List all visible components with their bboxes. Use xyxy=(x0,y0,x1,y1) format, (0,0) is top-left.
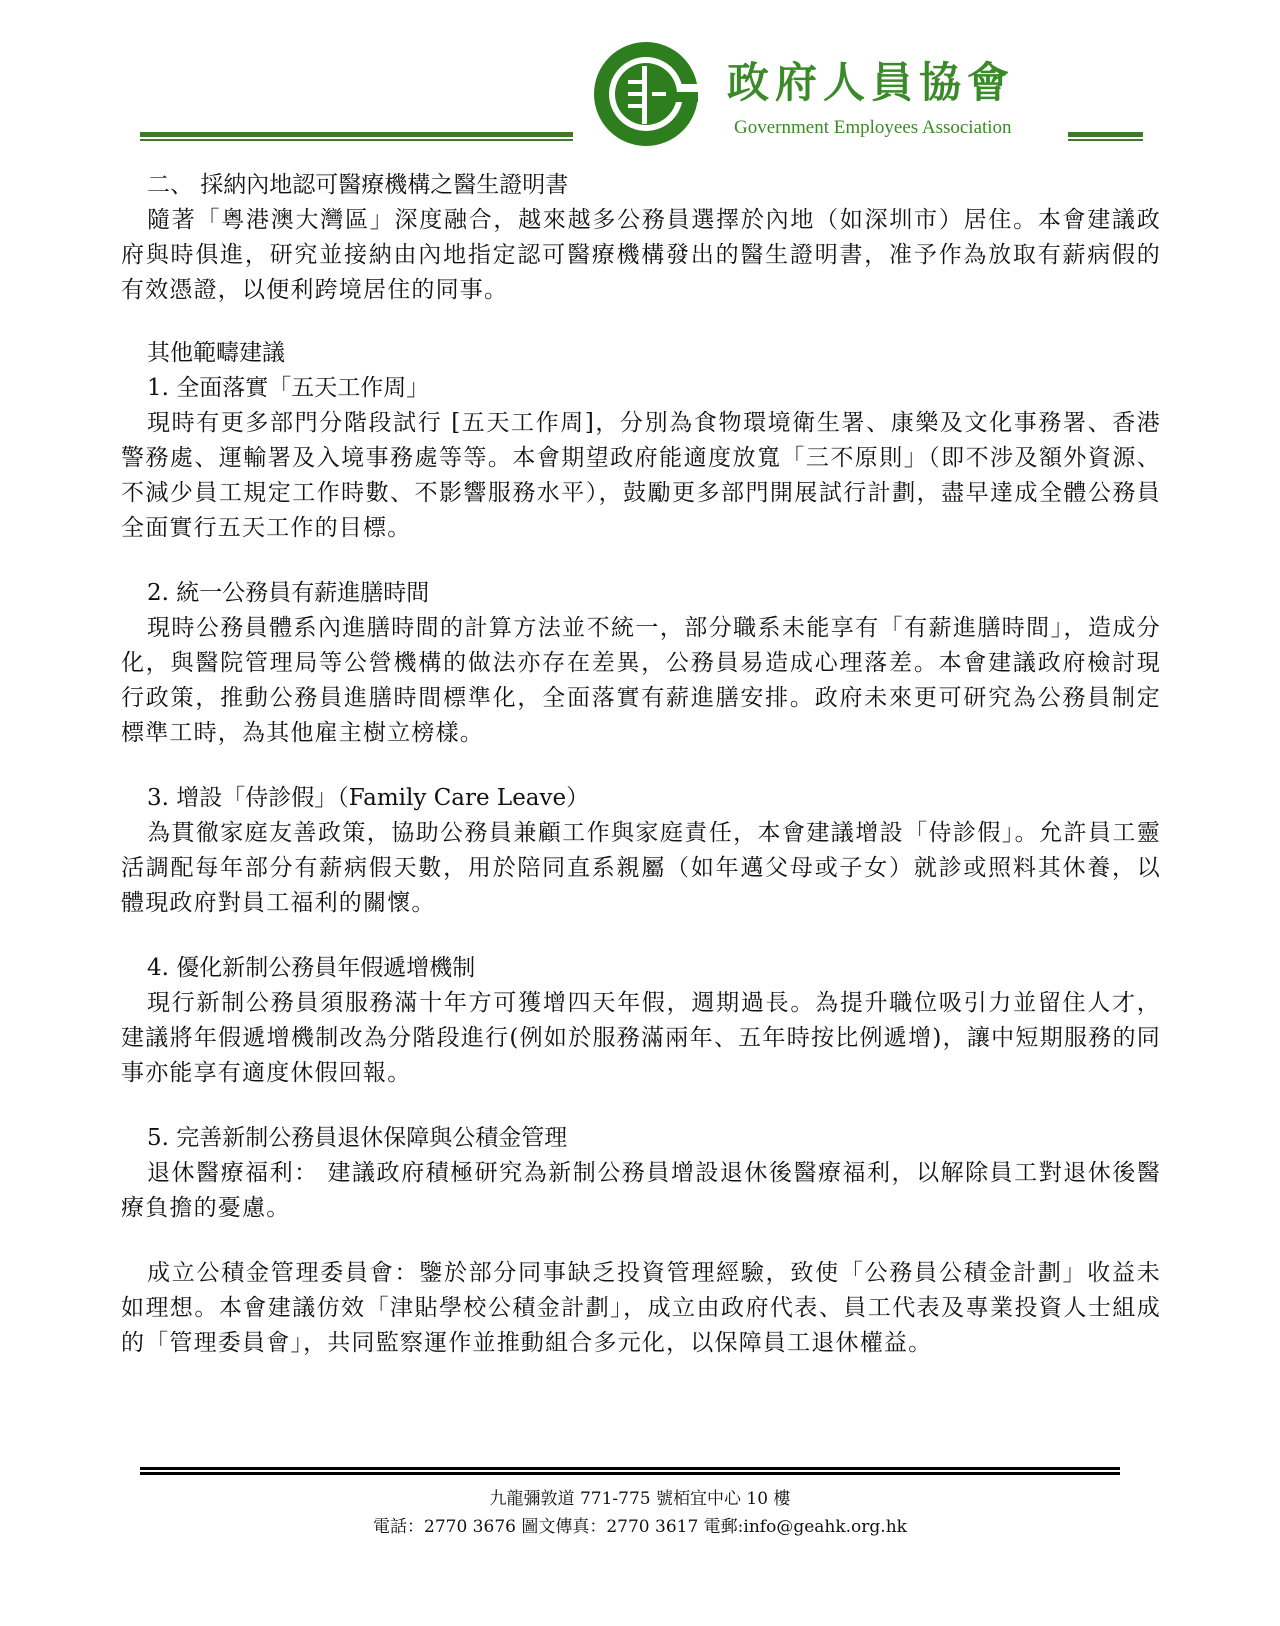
suggestion-title: 2. 統一公務員有薪進膳時間 xyxy=(121,576,1161,611)
suggestion-title: 1. 全面落實「五天工作周」 xyxy=(121,371,1161,406)
suggestion-title: 4. 優化新制公務員年假遞增機制 xyxy=(121,951,1161,986)
suggestion-item-5: 5. 完善新制公務員退休保障與公積金管理 退休醫療福利： 建議政府積極研究為新制… xyxy=(121,1121,1161,1361)
suggestion-item-3: 3. 增設「侍診假」（Family Care Leave） 為貫徹家庭友善政策，… xyxy=(121,781,1161,921)
suggestion-body: 現時有更多部門分階段試行 [五天工作周]，分別為食物環境衛生署、康樂及文化事務署… xyxy=(121,406,1161,546)
footer-address: 九龍彌敦道 771-775 號栢宜中心 10 樓 xyxy=(0,1486,1280,1512)
other-suggestions-section: 其他範疇建議 1. 全面落實「五天工作周」 現時有更多部門分階段試行 [五天工作… xyxy=(121,336,1161,1361)
spacer xyxy=(121,308,1161,336)
section-paragraph: 隨著「粵港澳大灣區」深度融合，越來越多公務員選擇於內地（如深圳市）居住。本會建議… xyxy=(121,203,1161,308)
document-body: 二、 採納內地認可醫療機構之醫生證明書 隨著「粵港澳大灣區」深度融合，越來越多公… xyxy=(121,168,1161,1361)
spacer xyxy=(121,1226,1161,1256)
suggestion-item-4: 4. 優化新制公務員年假遞增機制 現行新制公務員須服務滿十年方可獲增四天年假，週… xyxy=(121,951,1161,1091)
spacer xyxy=(121,921,1161,951)
suggestion-title: 5. 完善新制公務員退休保障與公積金管理 xyxy=(121,1121,1161,1156)
org-name-english: Government Employees Association xyxy=(734,118,1012,137)
footer-rule xyxy=(140,1467,1120,1475)
suggestion-item-1: 1. 全面落實「五天工作周」 現時有更多部門分階段試行 [五天工作周]，分別為食… xyxy=(121,371,1161,546)
suggestion-body-continued: 成立公積金管理委員會：鑒於部分同事缺乏投資管理經驗，致使「公務員公積金計劃」收益… xyxy=(121,1256,1161,1361)
suggestion-body: 為貫徹家庭友善政策，協助公務員兼顧工作與家庭責任，本會建議增設「侍診假」。允許員… xyxy=(121,816,1161,921)
section-heading: 其他範疇建議 xyxy=(121,336,1161,371)
suggestion-body: 退休醫療福利： 建議政府積極研究為新制公務員增設退休後醫療福利，以解除員工對退休… xyxy=(121,1156,1161,1226)
spacer xyxy=(121,1091,1161,1121)
section-heading: 二、 採納內地認可醫療機構之醫生證明書 xyxy=(121,168,1161,203)
letterhead: 政府人員協會 Government Employees Association xyxy=(0,0,1280,160)
org-name-chinese: 政府人員協會 xyxy=(727,62,1015,104)
suggestion-title: 3. 增設「侍診假」（Family Care Leave） xyxy=(121,781,1161,816)
gea-logo-icon xyxy=(592,40,700,148)
suggestion-body: 現行新制公務員須服務滿十年方可獲增四天年假，週期過長。為提升職位吸引力並留住人才… xyxy=(121,986,1161,1091)
spacer xyxy=(121,751,1161,781)
suggestion-item-2: 2. 統一公務員有薪進膳時間 現時公務員體系內進膳時間的計算方法並不統一，部分職… xyxy=(121,576,1161,751)
header-rule-right xyxy=(1068,132,1143,141)
section-two: 二、 採納內地認可醫療機構之醫生證明書 隨著「粵港澳大灣區」深度融合，越來越多公… xyxy=(121,168,1161,308)
spacer xyxy=(121,546,1161,576)
suggestion-body: 現時公務員體系內進膳時間的計算方法並不統一，部分職系未能享有「有薪進膳時間」，造… xyxy=(121,611,1161,751)
header-rule-left xyxy=(140,132,573,141)
footer-contact: 電話：2770 3676 圖文傳真：2770 3617 電郵:info@geah… xyxy=(0,1514,1280,1540)
